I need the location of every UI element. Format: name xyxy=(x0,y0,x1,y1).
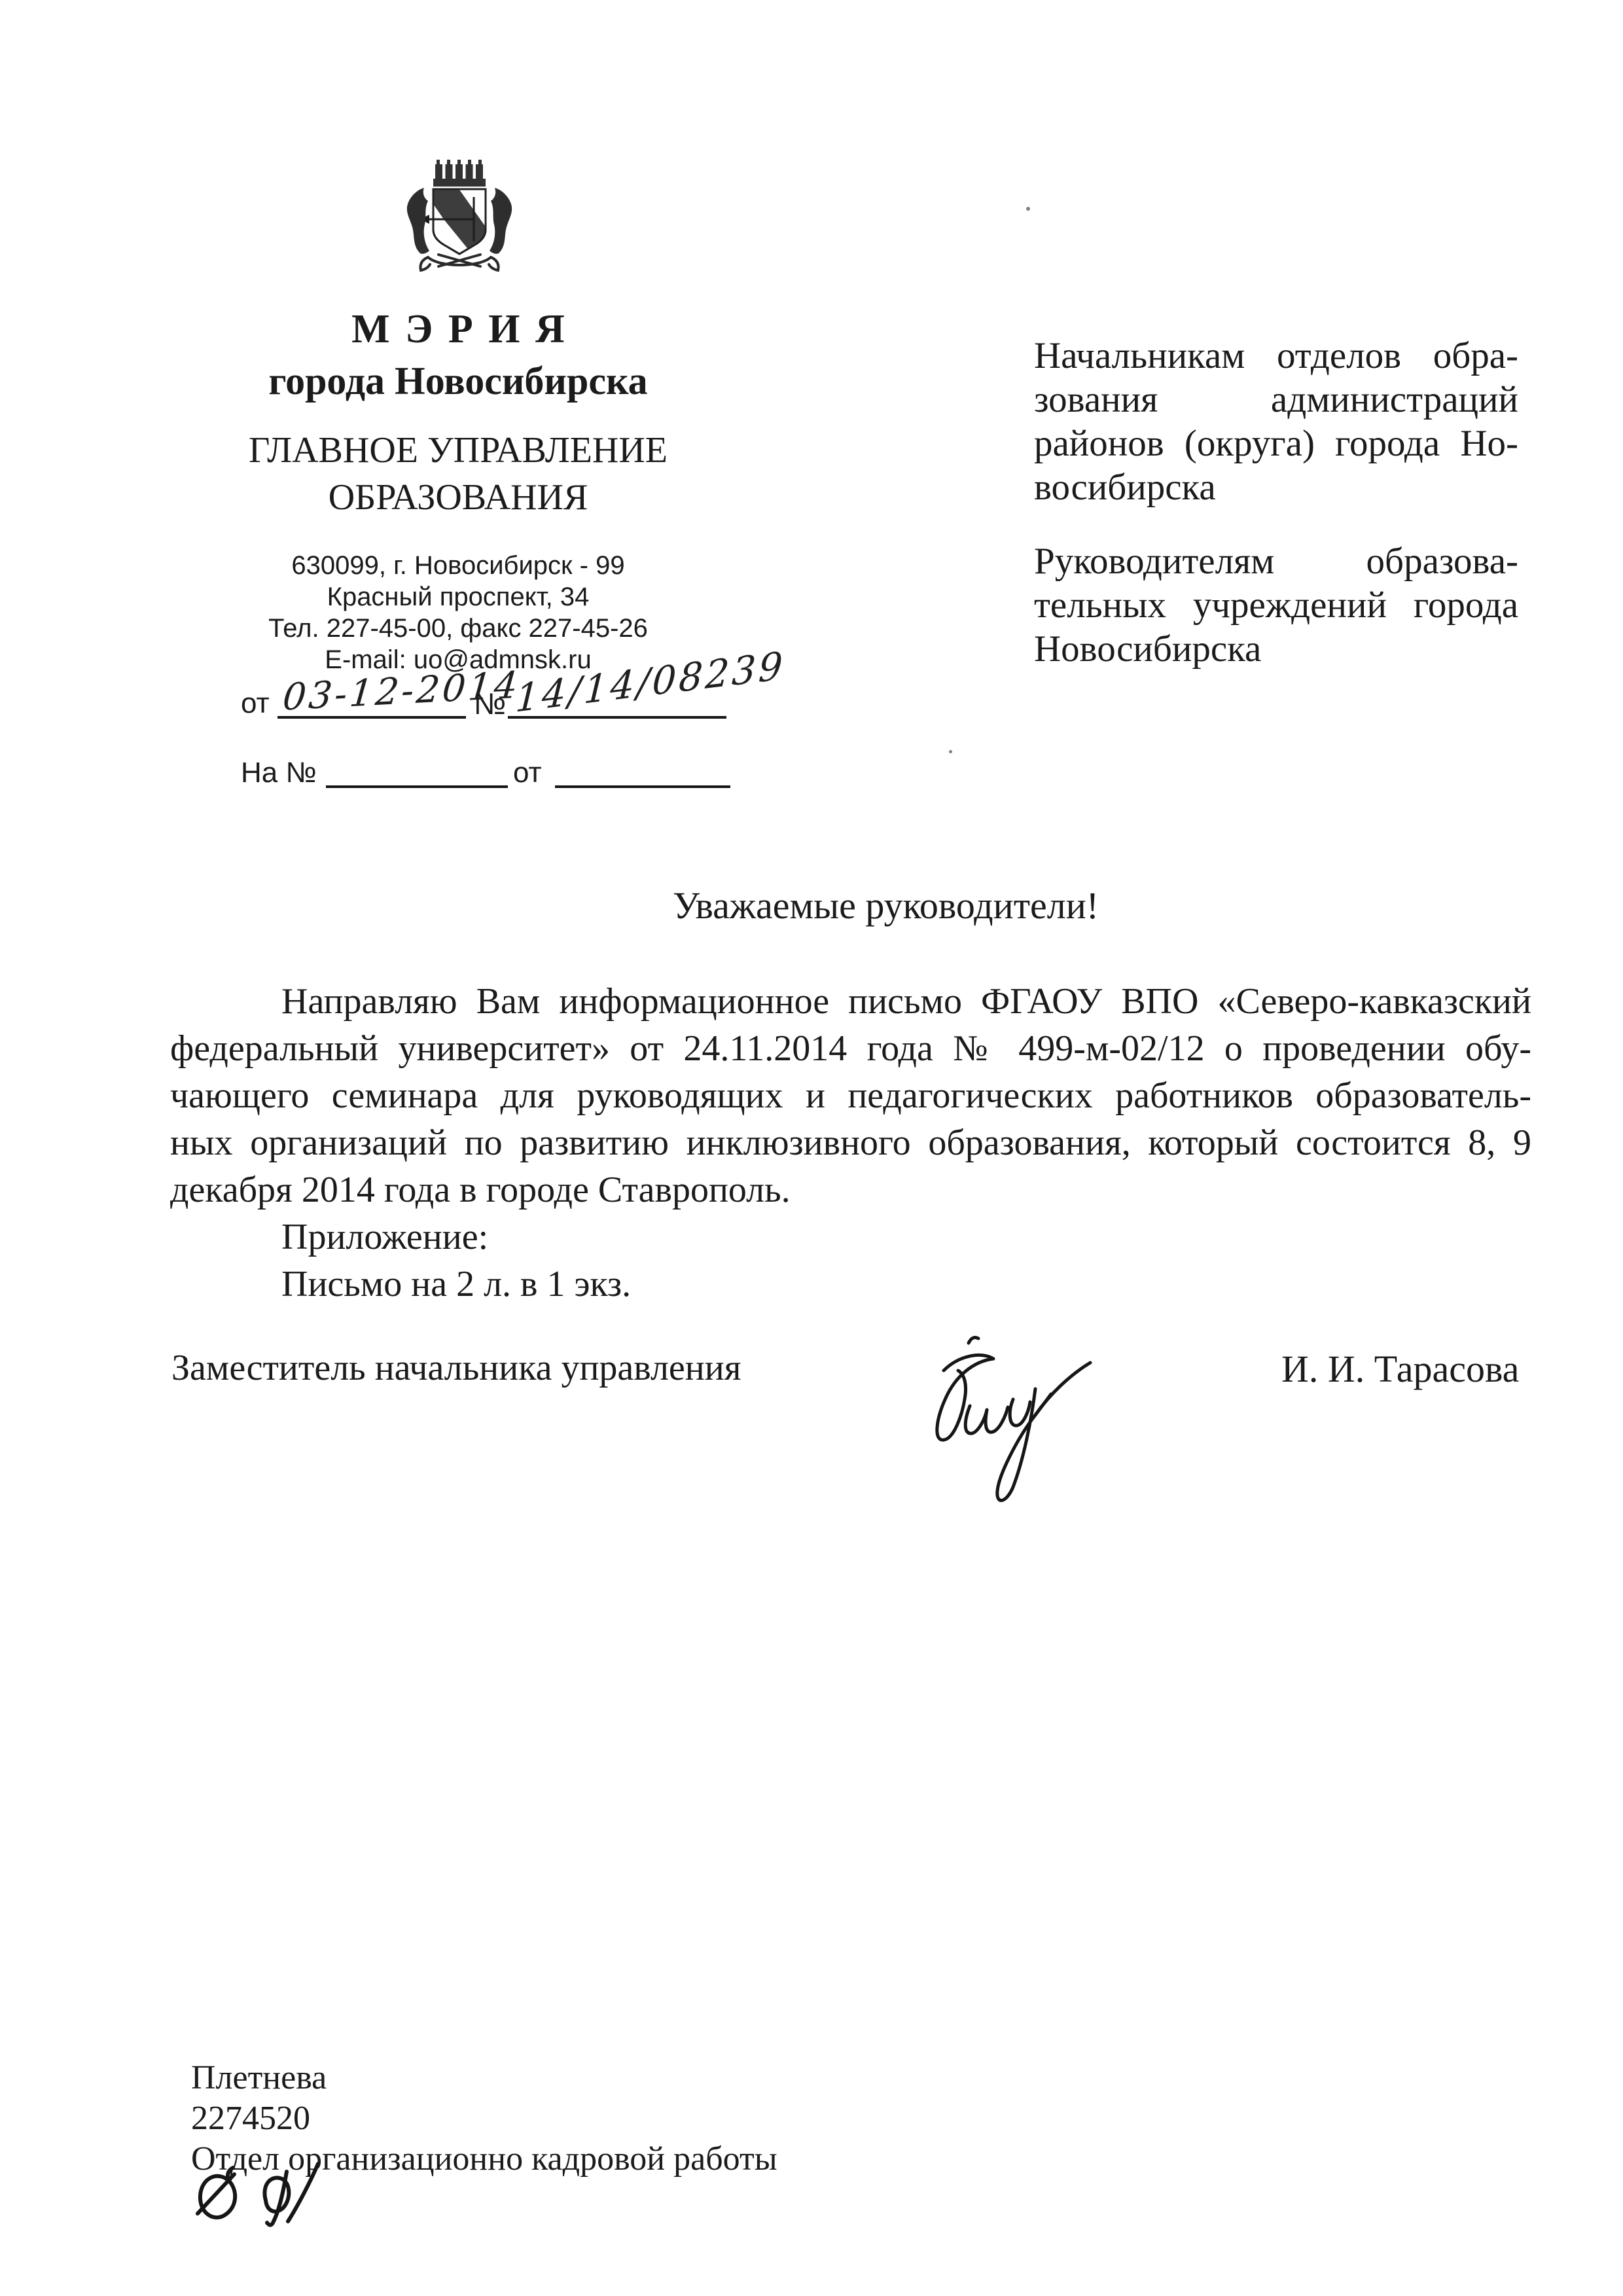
org-subtitle: города Новосибирска xyxy=(151,359,766,404)
executor-name: Плетнева xyxy=(191,2058,777,2098)
body-line: декабря 2014 года в городе Ставрополь. xyxy=(170,1166,1531,1213)
novosibirsk-coat-of-arms-icon xyxy=(401,159,518,280)
body-paragraph: Направляю Вам информационное письмо ФГАО… xyxy=(170,978,1531,1308)
salutation: Уважаемые руководители! xyxy=(673,884,1099,927)
address-line-phone: Тел. 227-45-00, факс 227-45-26 xyxy=(151,613,766,644)
outgoing-date-underline xyxy=(277,716,466,719)
attachment-text: Письмо на 2 л. в 1 экз. xyxy=(170,1261,1531,1308)
outgoing-from-label: от xyxy=(241,687,270,720)
reply-from-label: от xyxy=(513,757,542,789)
signer-name: И. И. Тарасова xyxy=(1281,1347,1519,1391)
scan-speck xyxy=(1026,207,1030,211)
addressee-line: Новосибирска xyxy=(1034,627,1518,671)
body-line: федеральный университет» от 24.11.2014 г… xyxy=(170,1025,1531,1072)
outgoing-number-label: № xyxy=(474,686,506,721)
executor-phone: 2274520 xyxy=(191,2098,777,2139)
addressee-line: восибирска xyxy=(1034,465,1518,509)
department-name-line2: ОБРАЗОВАНИЯ xyxy=(151,476,766,518)
reply-number-underline xyxy=(326,785,508,788)
addressee-block-2: Руководителям образова- тельных учрежден… xyxy=(1034,539,1518,671)
handwritten-signature-icon xyxy=(870,1329,1106,1532)
body-line: чающего семинара для руководящих и педаг… xyxy=(170,1072,1531,1119)
addressee-line: Руководителям образова- xyxy=(1034,539,1518,583)
handwritten-initials-icon xyxy=(187,2157,351,2246)
body-line: ных организаций по развитию инклюзивного… xyxy=(170,1119,1531,1166)
org-title: МЭРИЯ xyxy=(151,306,766,353)
outgoing-number-underline xyxy=(508,716,726,719)
addressee-line: зования администраций xyxy=(1034,378,1518,422)
addressee-line: Начальникам отделов обра- xyxy=(1034,334,1518,378)
addressee-block-1: Начальникам отделов обра- зования админи… xyxy=(1034,334,1518,509)
scan-speck xyxy=(949,750,952,753)
attachment-label: Приложение: xyxy=(170,1213,1531,1261)
reply-date-underline xyxy=(555,785,730,788)
body-line: Направляю Вам информационное письмо ФГАО… xyxy=(170,978,1531,1025)
department-name-line1: ГЛАВНОЕ УПРАВЛЕНИЕ xyxy=(151,429,766,471)
signer-position: Заместитель начальника управления xyxy=(171,1347,741,1389)
addressee-line: тельных учреждений города xyxy=(1034,583,1518,627)
reply-to-label: На № xyxy=(241,757,317,789)
addressee-line: районов (округа) города Но- xyxy=(1034,422,1518,465)
address-line-postal: 630099, г. Новосибирск - 99 xyxy=(151,550,766,581)
address-line-street: Красный проспект, 34 xyxy=(151,581,766,613)
scanned-letter-page: МЭРИЯ города Новосибирска ГЛАВНОЕ УПРАВЛ… xyxy=(0,0,1623,2296)
